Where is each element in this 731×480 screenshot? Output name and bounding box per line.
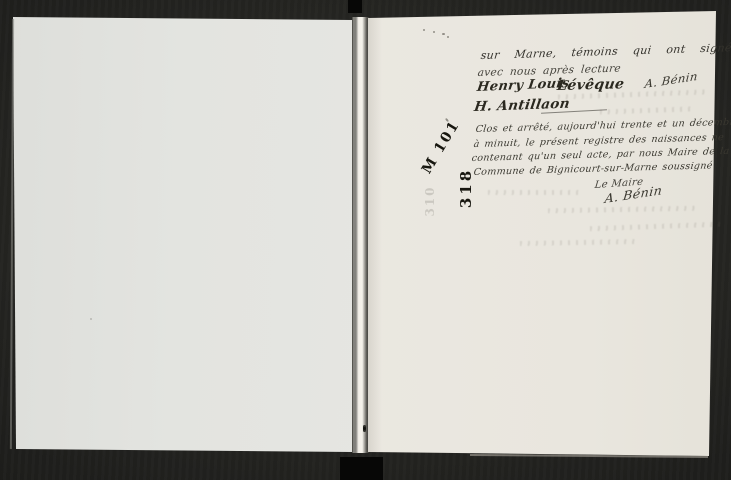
bleed-through-stamp-310: 310 (423, 185, 437, 216)
binding-stitch (363, 425, 366, 432)
bleed-through-line (488, 190, 583, 195)
pencil-speck (423, 29, 425, 31)
scanned-register-spread: sur Marne, témoins qui ont signé avec no… (0, 0, 731, 480)
pencil-speck (433, 31, 435, 33)
gutter-shadow (368, 18, 382, 452)
left-page-edge (10, 19, 14, 449)
pencil-speck (447, 36, 449, 38)
binding-tab-top (348, 0, 362, 13)
binding-gutter (352, 17, 369, 453)
binding-tab-bottom (340, 457, 383, 480)
page-number-stamp-318: 318 (457, 168, 475, 208)
ink-speck (90, 318, 92, 320)
signature-witness-2: Lévêque (556, 76, 625, 94)
pencil-speck (442, 33, 445, 35)
